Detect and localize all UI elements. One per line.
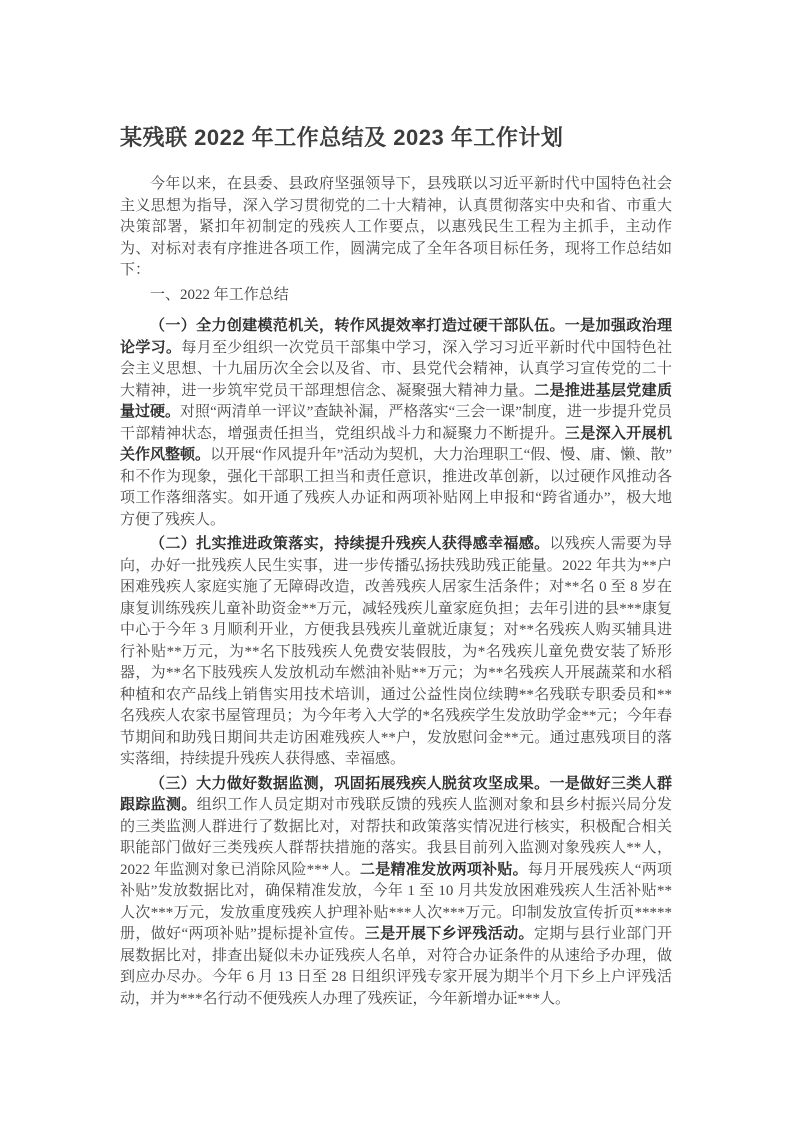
bold-run: 二是精准发放两项补贴。: [360, 862, 528, 878]
bold-run: （二）扎实推进政策落实，持续提升残疾人获得感幸福感。: [150, 536, 549, 552]
intro-paragraph: 今年以来，在县委、县政府坚强领导下，县残联以习近平新时代中国特色社会主义思想为指…: [120, 174, 672, 282]
text-run: 以残疾人需要为导向，办好一批残疾人民生实事，进一步传播弘扬扶残助残正能量。202…: [120, 536, 672, 767]
paragraph: （一）全力创建模范机关，转作风提效率打造过硬干部队伍。一是加强政治理论学习。每月…: [120, 316, 672, 531]
document-title: 某残联 2022 年工作总结及 2023 年工作计划: [120, 123, 672, 153]
paragraph: （三）大力做好数据监测，巩固拓展残疾人脱贫攻坚成果。一是做好三类人群跟踪监测。组…: [120, 774, 672, 1011]
section-heading: 一、2022 年工作总结: [120, 285, 672, 307]
paragraphs-container: （一）全力创建模范机关，转作风提效率打造过硬干部队伍。一是加强政治理论学习。每月…: [120, 316, 672, 1010]
bold-run: 三是开展下乡评残活动。: [365, 926, 534, 942]
document-page: 某残联 2022 年工作总结及 2023 年工作计划 今年以来，在县委、县政府坚…: [0, 0, 793, 1122]
paragraph: （二）扎实推进政策落实，持续提升残疾人获得感幸福感。以残疾人需要为导向，办好一批…: [120, 534, 672, 771]
